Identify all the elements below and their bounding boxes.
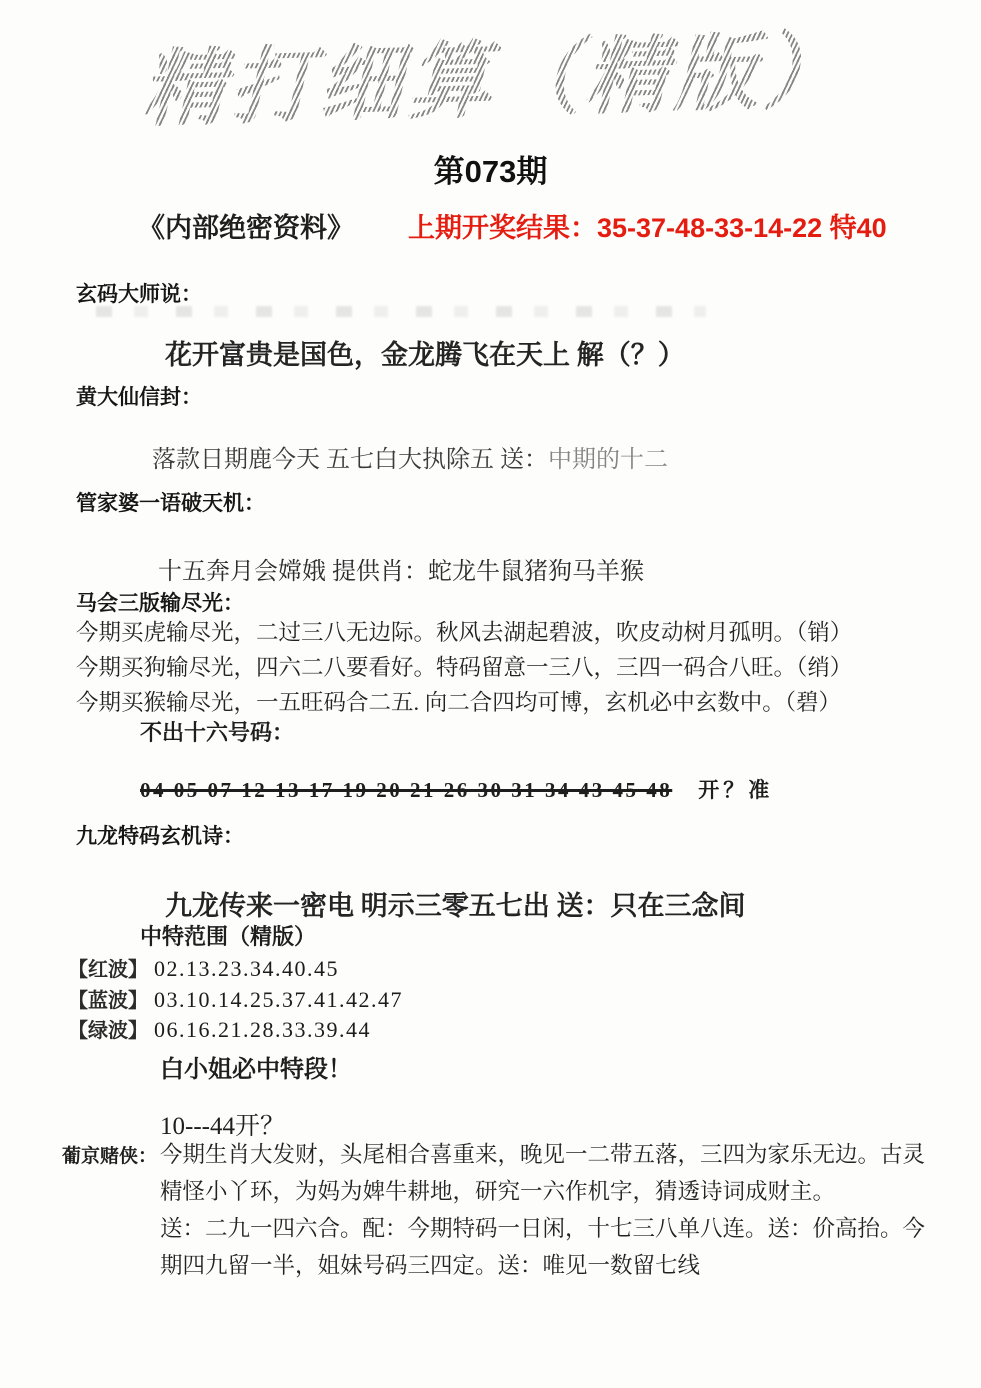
wave-numbers-red: 02.13.23.34.40.45 — [154, 956, 339, 981]
pujing-paragraph-2: 送：二九一四六合。配：今期特码一日闲，十七三八单八连。送：价高抬。今期四九留一半… — [160, 1210, 938, 1284]
baixiaojie-line: 白小姐必中特段！ — [160, 1049, 352, 1084]
wave-label-red: 【红波】 — [68, 959, 148, 981]
section-label-jiulong: 九龙特码玄机诗： — [76, 820, 244, 850]
wave-row-green: 【绿波】06.16.21.28.33.39.44 — [68, 1014, 371, 1043]
wave-label-blue: 【蓝波】 — [68, 990, 148, 1012]
last-draw-result: 上期开奖结果：35-37-48-33-14-22 特40 — [408, 206, 887, 245]
excluded-numbers-label: 不出十六号码： — [140, 716, 294, 747]
pujing-paragraph-1: 今期生肖大发财，头尾相合喜重来，晚见一二带五落，三四为家乐无边。古灵精怪小丫环，… — [160, 1136, 938, 1210]
mahui-line: 今期买虎输尽光，二过三八无边际。秋风去湖起碧波，吹皮动树月孤明。（销） — [76, 615, 852, 647]
wave-numbers-green: 06.16.21.28.33.39.44 — [154, 1017, 371, 1042]
guanjiapo-line: 十五奔月会嫦娥 提供肖：蛇龙牛鼠猪狗马羊猴 — [158, 551, 644, 586]
verdict-text: 开？准 — [698, 778, 773, 802]
xuanma-poem: 花开富贵是国色，金龙腾飞在天上 解（？） — [165, 333, 685, 372]
pujing-body: 今期生肖大发财，头尾相合喜重来，晚见一二带五落，三四为家乐无边。古灵精怪小丫环，… — [160, 1136, 938, 1284]
wave-label-green: 【绿波】 — [68, 1020, 148, 1042]
section-label-xuanma: 玄码大师说： — [76, 278, 202, 308]
section-label-mahui: 马会三版输尽光： — [76, 587, 244, 617]
excluded-numbers-struck: 04 05 07 12 13 17 19 20 21 26 30 31 34 4… — [140, 778, 672, 802]
masthead-title-art: 精打细算（精版） — [134, 13, 845, 152]
mahui-line: 今期买猴输尽光，一五旺码合二五. 向二合四均可博，玄机必中玄数中。（碧） — [76, 685, 841, 717]
lottery-tip-sheet: 精打细算（精版） 第073期 《内部绝密资料》 上期开奖结果：35-37-48-… — [0, 0, 981, 1388]
mahui-line: 今期买狗输尽光，四六二八要看好。特码留意一三八，三四一码合八旺。（绡） — [76, 650, 852, 682]
range-label: 中特范围（精版） — [140, 920, 316, 951]
huangdaxian-line-faded: 中期的十二 — [548, 447, 668, 473]
wave-row-blue: 【蓝波】03.10.14.25.37.41.42.47 — [68, 984, 403, 1013]
wave-numbers-blue: 03.10.14.25.37.41.42.47 — [154, 987, 403, 1012]
section-label-guanjiapo: 管家婆一语破天机： — [76, 487, 265, 517]
wave-row-red: 【红波】02.13.23.34.40.45 — [68, 953, 339, 982]
huangdaxian-line: 落款日期鹿今天 五七白大执除五 送：中期的十二 — [152, 439, 668, 474]
excluded-numbers-row: 04 05 07 12 13 17 19 20 21 26 30 31 34 4… — [140, 774, 773, 804]
section-label-huangdaxian: 黄大仙信封： — [76, 381, 202, 411]
faded-ghost-text — [96, 306, 706, 317]
issue-number: 第073期 — [0, 146, 981, 191]
section-label-pujing: 葡京赌侠： — [62, 1141, 157, 1168]
huangdaxian-line-main: 落款日期鹿今天 五七白大执除五 送： — [152, 447, 548, 473]
subtitle-secret-material: 《内部绝密资料》 — [138, 206, 354, 245]
jiulong-poem: 九龙传来一密电 明示三零五七出 送：只在三念间 — [165, 884, 746, 923]
